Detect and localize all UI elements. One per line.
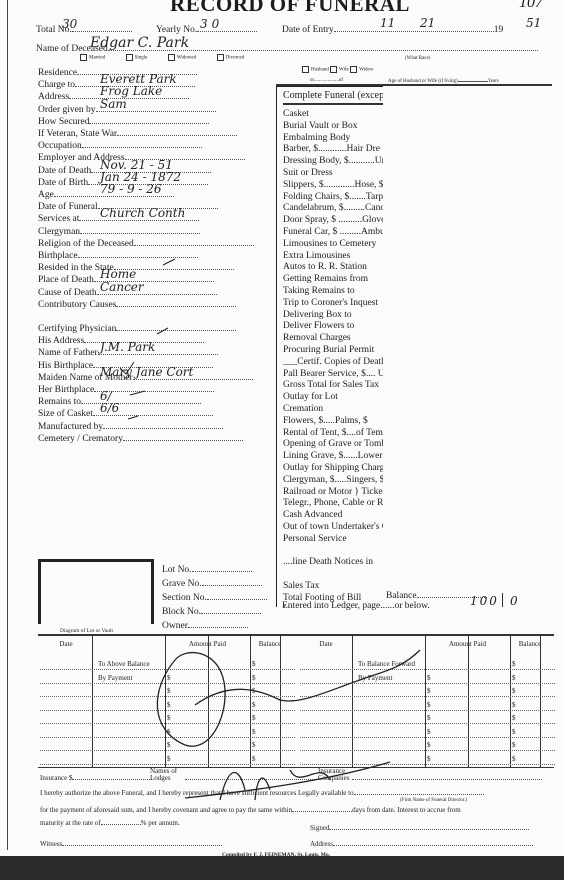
check-marks	[120, 259, 175, 419]
signature-underline	[185, 762, 390, 798]
signature-strokes	[157, 650, 420, 800]
scan-edge	[0, 856, 564, 880]
signature-vaughn	[220, 770, 330, 800]
payment-loop-scribble	[157, 653, 225, 747]
signature-fred-park	[195, 650, 420, 705]
funeral-record-page: RECORD OF FUNERAL 107 Total No. 30 Yearl…	[0, 0, 564, 880]
signature-overlay	[0, 0, 564, 880]
